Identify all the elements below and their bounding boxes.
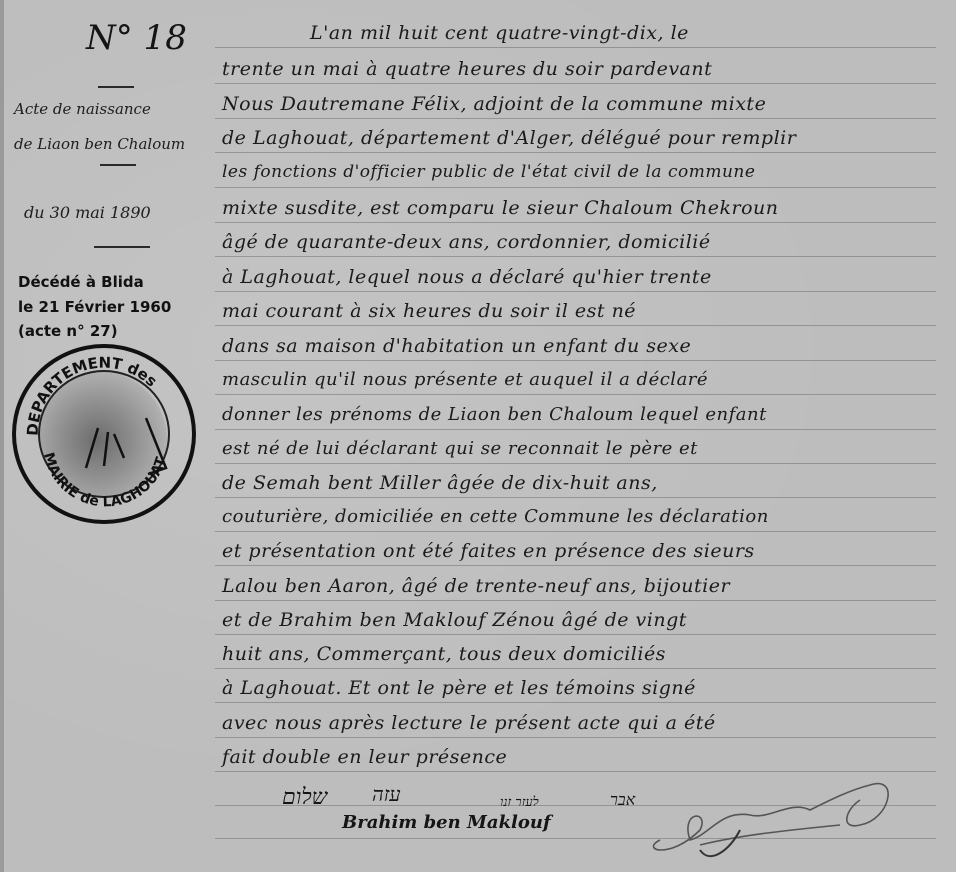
body-line: fait double en leur présence [222, 746, 936, 768]
body-line: les fonctions d'officier public de l'éta… [222, 162, 936, 182]
signature-hebrew-witness: עזה [372, 782, 401, 807]
ruled-line [215, 394, 936, 395]
divider [100, 164, 136, 166]
body-line: mixte susdite, est comparu le sieur Chal… [222, 197, 936, 219]
margin-date: du 30 mai 1890 [24, 203, 151, 222]
body-line: et présentation ont été faites en présen… [222, 540, 936, 562]
ruled-line [215, 600, 936, 601]
signature-hebrew-mark: אבר [610, 790, 635, 810]
body-line: de Laghouat, département d'Alger, délégu… [222, 127, 936, 149]
death-note-line1: Décédé à Blida [18, 273, 144, 291]
ruled-line [215, 463, 936, 464]
ruled-line [215, 565, 936, 566]
body-line: Lalou ben Aaron, âgé de trente-neuf ans,… [222, 575, 936, 597]
signature-witness-brahim: Brahim ben Maklouf [342, 812, 551, 833]
municipal-stamp: DEPARTEMENT des MAIRIE de LAGHOUAT [12, 344, 196, 524]
body-line: couturière, domiciliée en cette Commune … [222, 506, 936, 527]
ruled-line [215, 360, 936, 361]
death-note-line2: le 21 Février 1960 [18, 298, 171, 316]
ruled-line [215, 291, 936, 292]
death-note-line3: (acte n° 27) [18, 322, 118, 340]
divider [98, 86, 134, 88]
act-number: N° 18 [86, 18, 187, 58]
register-page: N° 18 Acte de naissance de Liaon ben Cha… [0, 0, 956, 872]
stamp-text-ring: DEPARTEMENT des MAIRIE de LAGHOUAT [16, 348, 192, 520]
ruled-line [215, 429, 936, 430]
body-line: L'an mil huit cent quatre-vingt-dix, le [310, 22, 936, 44]
signature-hebrew-witness-2: לעזר זנו [500, 794, 539, 810]
body-line: avec nous après lecture le présent acte … [222, 712, 936, 734]
ruled-line [215, 702, 936, 703]
svg-text:DEPARTEMENT des: DEPARTEMENT des [23, 354, 160, 437]
margin-title-line1: Acte de naissance [14, 100, 151, 118]
ruled-line [215, 497, 936, 498]
body-line: âgé de quarante-deux ans, cordonnier, do… [222, 231, 936, 253]
signature-hebrew-father: שלום [282, 784, 327, 810]
ruled-line [215, 222, 936, 223]
page-edge [0, 0, 4, 872]
body-line: est né de lui déclarant qui se reconnait… [222, 438, 936, 459]
body-line: masculin qu'il nous présente et auquel i… [222, 369, 936, 390]
ruled-line [215, 531, 936, 532]
ruled-line [215, 668, 936, 669]
ruled-line [215, 737, 936, 738]
margin-title-line2: de Liaon ben Chaloum [14, 135, 185, 153]
body-line: huit ans, Commerçant, tous deux domicili… [222, 643, 936, 665]
ruled-line [215, 634, 936, 635]
divider [94, 246, 150, 248]
body-line: à Laghouat. Et ont le père et les témoin… [222, 677, 936, 699]
ruled-line [215, 47, 936, 48]
ruled-line [215, 152, 936, 153]
body-line: à Laghouat, lequel nous a déclaré qu'hie… [222, 266, 936, 288]
body-line: dans sa maison d'habitation un enfant du… [222, 335, 936, 357]
signature-officer: Dautremane [640, 770, 910, 872]
body-line: mai courant à six heures du soir il est … [222, 300, 936, 322]
body-line: donner les prénoms de Liaon ben Chaloum … [222, 404, 936, 425]
ruled-line [215, 187, 936, 188]
body-line: de Semah bent Miller âgée de dix-huit an… [222, 472, 936, 494]
body-line: Nous Dautremane Félix, adjoint de la com… [222, 93, 936, 115]
ruled-line [215, 325, 936, 326]
body-line: trente un mai à quatre heures du soir pa… [222, 58, 936, 80]
ruled-line [215, 83, 936, 84]
ruled-line [215, 118, 936, 119]
ruled-line [215, 256, 936, 257]
body-line: et de Brahim ben Maklouf Zénou âgé de vi… [222, 609, 936, 631]
